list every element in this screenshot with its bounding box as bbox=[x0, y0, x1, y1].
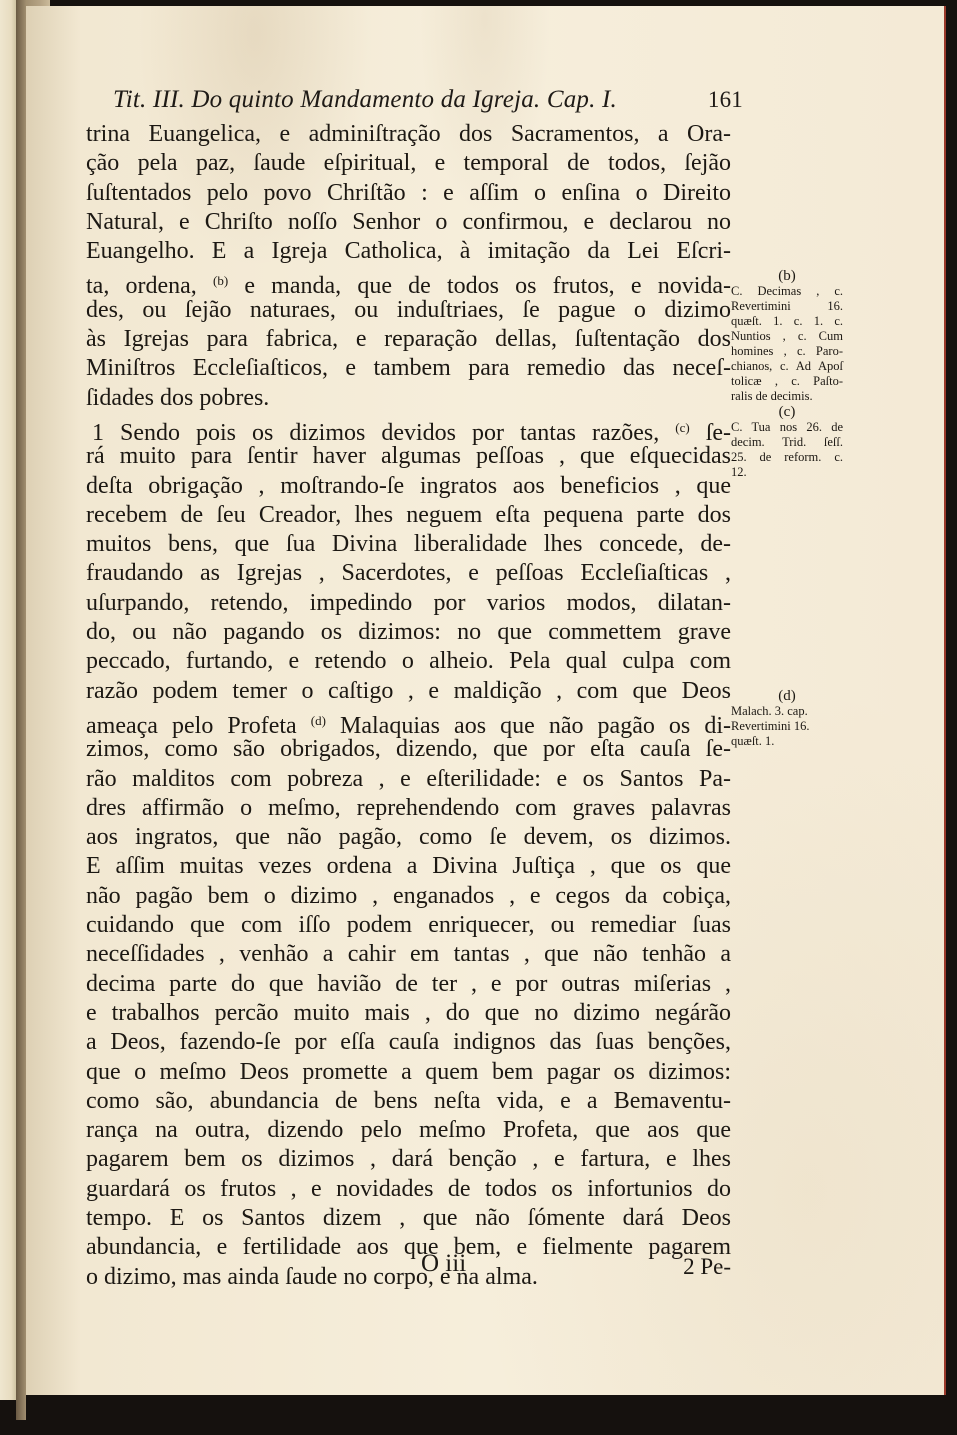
note-line: quæſt. 1. c. 1. c. bbox=[731, 314, 843, 329]
note-label: (d) bbox=[731, 688, 843, 704]
note-line: Revertimini 16. bbox=[731, 719, 843, 734]
previous-page-edge bbox=[0, 0, 16, 1400]
text-line: ſidades dos pobres. bbox=[86, 384, 731, 413]
text-line: às Igrejas para fabrica, e reparação del… bbox=[86, 325, 731, 354]
note-line: chianos, c. Ad Apoſ bbox=[731, 359, 843, 374]
page-footer: O iii 2 Pe- bbox=[86, 1250, 731, 1284]
text-line: cuidando que com iſſo podem enriquecer, … bbox=[86, 911, 731, 940]
footnote-ref: (c) bbox=[675, 420, 689, 435]
note-line: C. Tua nos 26. de bbox=[731, 420, 843, 435]
text-line: deſta obrigação , moſtrando-ſe ingratos … bbox=[86, 472, 731, 501]
text-line: muitos bens, que ſua Divina liberalidade… bbox=[86, 530, 731, 559]
text-line: des, ou ſejão naturaes, ou induſtriaes, … bbox=[86, 296, 731, 325]
note-line: ralis de decimis. bbox=[731, 389, 843, 404]
margin-note-d: (d) Malach. 3. cap. Revertimini 16. quæſ… bbox=[731, 688, 843, 749]
text-line: ſuſtentados pelo povo Chriſtão : e aſſim… bbox=[86, 179, 731, 208]
margin-note-b: (b) C. Decimas , c. Revertimini 16. quæſ… bbox=[731, 268, 843, 404]
text-line: ção pela paz, ſaude eſpiritual, e tempor… bbox=[86, 149, 731, 178]
text-line: Euangelho. E a Igreja Catholica, à imita… bbox=[86, 237, 731, 266]
running-head: Tit. III. Do quinto Mandamento da Igreja… bbox=[113, 86, 743, 120]
footnote-ref: (d) bbox=[311, 713, 326, 728]
note-line: 25. de reform. c. bbox=[731, 450, 843, 465]
note-line: C. Decimas , c. bbox=[731, 284, 843, 299]
text-line: recebem de ſeu Creador, lhes neguem eſta… bbox=[86, 501, 731, 530]
text-line: decima parte do que havião de ter , e po… bbox=[86, 970, 731, 999]
text-line: peccado, furtando, e retendo o alheio. P… bbox=[86, 647, 731, 676]
text-line: zimos, como são obrigados, dizendo, que … bbox=[86, 735, 731, 764]
margin-notes: (b) C. Decimas , c. Revertimini 16. quæſ… bbox=[731, 268, 843, 480]
signature-mark: O iii bbox=[421, 1250, 466, 1278]
text-line: trina Euangelica, e adminiſtração dos Sa… bbox=[86, 120, 731, 149]
page-number: 161 bbox=[708, 87, 743, 113]
text-line: tempo. E os Santos dizem , que não ſómen… bbox=[86, 1204, 731, 1233]
text-line: neceſſidades , venhão a cahir em tantas … bbox=[86, 940, 731, 969]
text-line: rá muito para ſentir haver algumas peſſo… bbox=[86, 442, 731, 471]
page-shadow bbox=[26, 1395, 946, 1435]
margin-note-c: (c) C. Tua nos 26. de decim. Trid. ſeſſ.… bbox=[731, 404, 843, 480]
text-line: E aſſim muitas vezes ordena a Divina Juſ… bbox=[86, 852, 731, 881]
running-head-title: Tit. III. Do quinto Mandamento da Igreja… bbox=[113, 86, 617, 114]
footnote-ref: (b) bbox=[213, 273, 228, 288]
text-line: rança na outra, dizendo pelo meſmo Profe… bbox=[86, 1116, 731, 1145]
note-label: (b) bbox=[731, 268, 843, 284]
text-line: ta, ordena, (b) e manda, que de todos os… bbox=[86, 266, 731, 295]
text-line: fraudando as Igrejas , Sacerdotes, e peſ… bbox=[86, 559, 731, 588]
note-line: Nuntios , c. Cum bbox=[731, 329, 843, 344]
text-line: ameaça pelo Profeta (d) Malaquias aos qu… bbox=[86, 706, 731, 735]
text-line: uſurpando, retendo, impedindo por varios… bbox=[86, 589, 731, 618]
note-line: tolicæ , c. Paſto- bbox=[731, 374, 843, 389]
note-line: Revertimini 16. bbox=[731, 299, 843, 314]
note-line: 12. bbox=[731, 465, 843, 480]
note-label: (c) bbox=[731, 404, 843, 420]
body-text: trina Euangelica, e adminiſtração dos Sa… bbox=[86, 120, 731, 1292]
note-line: homines , c. Paro- bbox=[731, 344, 843, 359]
text-line: guardará os frutos , e novidades de todo… bbox=[86, 1175, 731, 1204]
text-line: 1 Sendo pois os dizimos devidos por tant… bbox=[86, 413, 731, 442]
text-line: razão podem temer o caſtigo , e maldição… bbox=[86, 677, 731, 706]
text-line: Miniſtros Eccleſiaſticos, e tambem para … bbox=[86, 354, 731, 383]
catchword: 2 Pe- bbox=[683, 1254, 731, 1280]
text-line: Natural, e Chriſto noſſo Senhor o confir… bbox=[86, 208, 731, 237]
text-line: rão malditos com pobreza , e eſterilidad… bbox=[86, 765, 731, 794]
note-line: Malach. 3. cap. bbox=[731, 704, 843, 719]
text-line: que o meſmo Deos promette a quem bem pag… bbox=[86, 1058, 731, 1087]
note-line: quæſt. 1. bbox=[731, 734, 843, 749]
note-line: decim. Trid. ſeſſ. bbox=[731, 435, 843, 450]
text-line: a Deos, fazendo-ſe por eſſa cauſa indign… bbox=[86, 1028, 731, 1057]
text-line: como são, abundancia de bens neſta vida,… bbox=[86, 1087, 731, 1116]
text-line: pagarem bem os dizimos , dará benção , e… bbox=[86, 1145, 731, 1174]
text-line: do, ou não pagando os dizimos: no que co… bbox=[86, 618, 731, 647]
text-line: dres affirmão o meſmo, reprehendendo com… bbox=[86, 794, 731, 823]
text-line: e trabalhos percão muito mais , do que n… bbox=[86, 999, 731, 1028]
text-line: aos ingratos, que não pagão, como ſe dev… bbox=[86, 823, 731, 852]
text-line: não pagão bem o dizimo , enganados , e c… bbox=[86, 882, 731, 911]
